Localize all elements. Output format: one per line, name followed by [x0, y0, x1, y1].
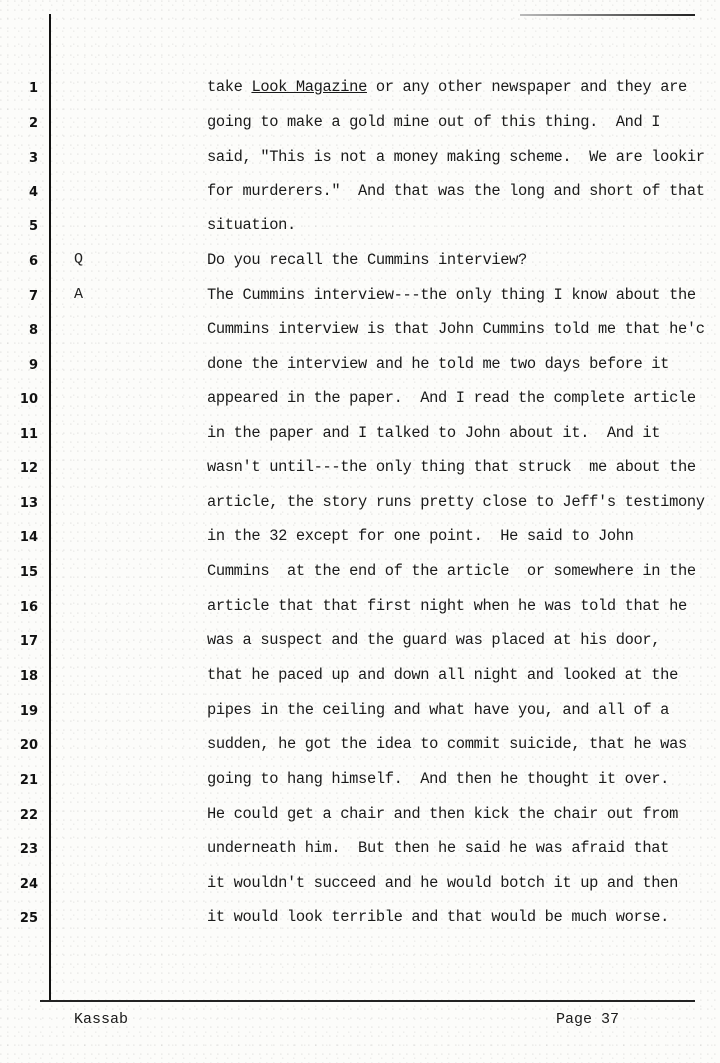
transcript-line: Do you recall the Cummins interview?	[207, 251, 527, 269]
line-number: 25	[0, 911, 38, 926]
transcript-line: in the paper and I talked to John about …	[207, 424, 660, 442]
line-number: 20	[0, 738, 38, 753]
transcript-line: pipes in the ceiling and what have you, …	[207, 701, 669, 719]
transcript-line: going to hang himself. And then he thoug…	[207, 770, 669, 788]
line-number: 4	[0, 185, 38, 200]
underlined-title: Look Magazine	[251, 78, 367, 96]
line-number: 16	[0, 600, 38, 615]
line-number: 8	[0, 323, 38, 338]
transcript-line: situation.	[207, 216, 296, 234]
line-number: 21	[0, 773, 38, 788]
line-number: 11	[0, 427, 38, 442]
line-number: 17	[0, 634, 38, 649]
transcript-line: that he paced up and down all night and …	[207, 666, 678, 684]
footer-page-number: Page 37	[556, 1011, 619, 1028]
line-number: 5	[0, 219, 38, 234]
transcript-line: going to make a gold mine out of this th…	[207, 113, 660, 131]
line-number: 23	[0, 842, 38, 857]
line-number: 19	[0, 704, 38, 719]
transcript-line: article, the story runs pretty close to …	[207, 493, 705, 511]
line-number: 18	[0, 669, 38, 684]
transcript-line: take Look Magazine or any other newspape…	[207, 78, 687, 96]
line-number: 15	[0, 565, 38, 580]
speaker-label: A	[74, 286, 83, 303]
top-rule	[520, 14, 695, 16]
transcript-line: it would look terrible and that would be…	[207, 908, 669, 926]
line-number: 14	[0, 530, 38, 545]
line-number: 7	[0, 289, 38, 304]
transcript-line: sudden, he got the idea to commit suicid…	[207, 735, 687, 753]
line-number: 9	[0, 358, 38, 373]
transcript-line: wasn't until---the only thing that struc…	[207, 458, 696, 476]
transcript-line: He could get a chair and then kick the c…	[207, 805, 678, 823]
transcript-line: Cummins at the end of the article or som…	[207, 562, 696, 580]
line-number: 1	[0, 81, 38, 96]
transcript-line: in the 32 except for one point. He said …	[207, 527, 634, 545]
line-number: 3	[0, 151, 38, 166]
transcript-line: for murderers." And that was the long an…	[207, 182, 705, 200]
transcript-line: article that that first night when he wa…	[207, 597, 687, 615]
transcript-line: done the interview and he told me two da…	[207, 355, 669, 373]
line-number: 22	[0, 808, 38, 823]
line-number: 6	[0, 254, 38, 269]
transcript-line: The Cummins interview---the only thing I…	[207, 286, 696, 304]
transcript-line: was a suspect and the guard was placed a…	[207, 631, 660, 649]
line-number: 12	[0, 461, 38, 476]
transcript-line: underneath him. But then he said he was …	[207, 839, 669, 857]
text-segment: or any other newspaper and they are	[367, 78, 687, 96]
line-number: 2	[0, 116, 38, 131]
transcript-line: appeared in the paper. And I read the co…	[207, 389, 696, 407]
line-number: 10	[0, 392, 38, 407]
transcript-line: it wouldn't succeed and he would botch i…	[207, 874, 678, 892]
line-number: 24	[0, 877, 38, 892]
footer-witness-name: Kassab	[74, 1011, 128, 1028]
text-segment: take	[207, 78, 251, 96]
transcript-line: Cummins interview is that John Cummins t…	[207, 320, 705, 338]
left-margin-rule	[49, 14, 51, 1000]
speaker-label: Q	[74, 251, 83, 268]
bottom-rule	[40, 1000, 695, 1002]
line-number: 13	[0, 496, 38, 511]
transcript-line: said, "This is not a money making scheme…	[207, 148, 705, 166]
